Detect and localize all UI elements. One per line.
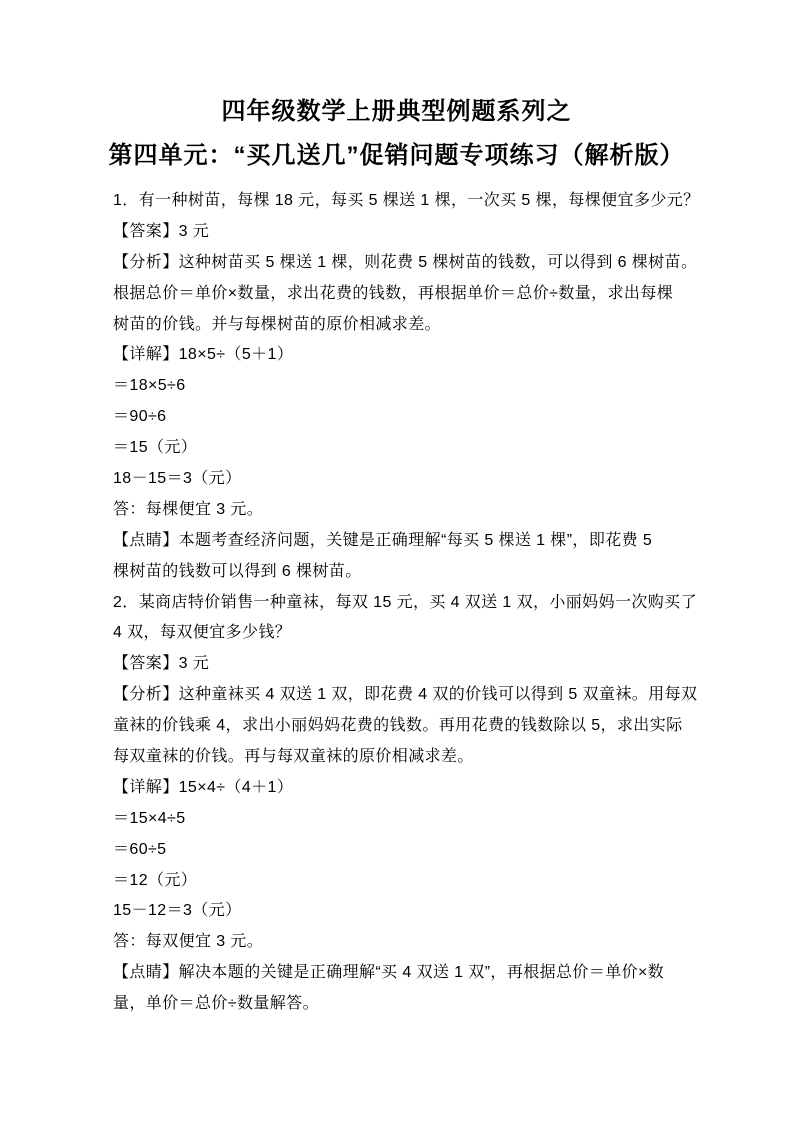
document-title-unit: 第四单元：“买几送几”促销问题专项练习（解析版） (57, 134, 736, 178)
problem-2-keypoint-line-2: 量，单价＝总价÷数量解答。 (113, 989, 680, 1020)
problem-1-analysis-line-3: 树苗的价钱。并与每棵树苗的原价相减求差。 (113, 310, 680, 341)
problem-1-solution-step-2: ＝18×5÷6 (113, 371, 680, 402)
problem-1-keypoint-line-1: 【点睛】本题考查经济问题，关键是正确理解“每买 5 棵送 1 棵”，即花费 5 (113, 526, 680, 557)
problem-1-solution-step-5: 18－15＝3（元） (113, 464, 680, 495)
problem-1-solution-step-4: ＝15（元） (113, 433, 680, 464)
problem-2-analysis-line-3: 每双童袜的价钱。再与每双童袜的原价相减求差。 (113, 742, 680, 773)
problem-1-analysis-line-1: 【分析】这种树苗买 5 棵送 1 棵，则花费 5 棵树苗的钱数，可以得到 6 棵… (113, 248, 680, 279)
problem-2-solution-step-4: ＝12（元） (113, 866, 680, 897)
problem-1-solution-step-3: ＝90÷6 (113, 402, 680, 433)
document-header: 四年级数学上册典型例题系列之 第四单元：“买几送几”促销问题专项练习（解析版） (57, 90, 736, 178)
document-page: 四年级数学上册典型例题系列之 第四单元：“买几送几”促销问题专项练习（解析版） … (0, 0, 793, 1122)
problem-2-keypoint-line-1: 【点睛】解决本题的关键是正确理解“买 4 双送 1 双”，再根据总价＝单价×数 (113, 958, 680, 989)
problem-2-question-line-2: 4 双，每双便宜多少钱？ (113, 618, 680, 649)
problem-2-analysis-line-2: 童袜的价钱乘 4，求出小丽妈妈花费的钱数。再用花费的钱数除以 5，求出实际 (113, 711, 680, 742)
problem-2-solution-step-2: ＝15×4÷5 (113, 804, 680, 835)
problem-1-keypoint-line-2: 棵树苗的钱数可以得到 6 棵树苗。 (113, 557, 680, 588)
problem-1-answer: 【答案】3 元 (113, 217, 680, 248)
document-body: 1．有一种树苗，每棵 18 元，每买 5 棵送 1 棵，一次买 5 棵，每棵便宜… (113, 186, 680, 1020)
problem-2-solution-step-5: 15－12＝3（元） (113, 896, 680, 927)
problem-1-final-answer: 答：每棵便宜 3 元。 (113, 495, 680, 526)
problem-1-analysis-line-2: 根据总价＝单价×数量，求出花费的钱数，再根据单价＝总价÷数量，求出每棵 (113, 279, 680, 310)
problem-2-question-line-1: 2．某商店特价销售一种童袜，每双 15 元，买 4 双送 1 双，小丽妈妈一次购… (113, 588, 680, 619)
problem-2-final-answer: 答：每双便宜 3 元。 (113, 927, 680, 958)
problem-1-question: 1．有一种树苗，每棵 18 元，每买 5 棵送 1 棵，一次买 5 棵，每棵便宜… (113, 186, 680, 217)
problem-1-solution-step-1: 【详解】18×5÷（5＋1） (113, 340, 680, 371)
problem-2-solution-step-3: ＝60÷5 (113, 835, 680, 866)
problem-2-analysis-line-1: 【分析】这种童袜买 4 双送 1 双，即花费 4 双的价钱可以得到 5 双童袜。… (113, 680, 680, 711)
document-title-series: 四年级数学上册典型例题系列之 (57, 90, 736, 134)
problem-2-solution-step-1: 【详解】15×4÷（4＋1） (113, 773, 680, 804)
problem-2-answer: 【答案】3 元 (113, 649, 680, 680)
